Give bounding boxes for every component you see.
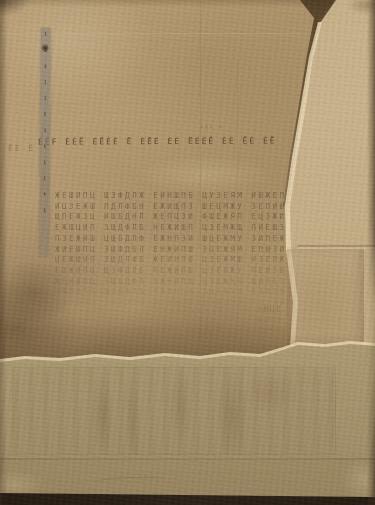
typed-annotation: ¹³⁴ ʷ (200, 125, 223, 132)
typed-row-fragment: ĒĖ Ē (8, 144, 35, 153)
tape-typed-marks: ł ī ŧ î ĩ ł ī ŧ ì ī ŧ ĩ (41, 32, 49, 252)
right-edge-shade (367, 0, 375, 505)
typed-text-row: ЖЕШИПЦ ЩЗФДЛЖ ЕИНШПБ ЦУЗЕЯМ ИШЖЕП (55, 191, 293, 202)
typed-text-row: ЕЖШЦИП ЗЩДФЛБ НЕЖИШП ЦЗЕМЖЩ ПИЕШЗ (55, 223, 293, 234)
ink-stain-dot (42, 44, 49, 52)
artwork-photo: ĒĖ Ē ĖĒF ĖĖĒ ĖĒĖĖ Ē ĖĒĖ ĖĖ ĒĖĖĒ ĖĖ ĒĖ ĖĒ… (0, 0, 375, 505)
lower-tint-band (0, 460, 375, 496)
left-edge-shade (0, 0, 7, 505)
tape-strip: ł ī ŧ î ĩ ł ī ŧ ì ī ŧ ĩ (39, 28, 51, 256)
typed-text-row: ПЗЕЖИШ ЦЩБДЛФ ЕЖНПЗИ ШЦЕЖМУ ЗИПЕЖ (55, 234, 293, 245)
typed-text-row: ЩПЕЖЗЦ ИШБДНЛ ЖЕПЦЗИ ФШЕЖЯП ЕЦЗЖИ (55, 212, 293, 223)
paper-patch-right (287, 249, 366, 345)
patch-ridge-highlight (364, 249, 366, 345)
typed-header-row: ĖĒF ĖĖĒ ĖĒĖĖ Ē ĖĒĖ ĖĖ ĒĖĖĒ ĖĖ ĒĖ ĖĒ (38, 136, 290, 146)
faded-photo-band (12, 367, 336, 455)
typed-text-row: ЖИЕШПЦ ЗЩФДБЛ ЕНЖИПШ ЗЦЕЖЯМ ЕПШЗИ (55, 245, 293, 256)
typed-text-row: ИЦЗЕЖШ ПДЛФБН ЕЖИЩПЗ ШЕЦМЖУ ЗЕПИШ (55, 202, 293, 213)
